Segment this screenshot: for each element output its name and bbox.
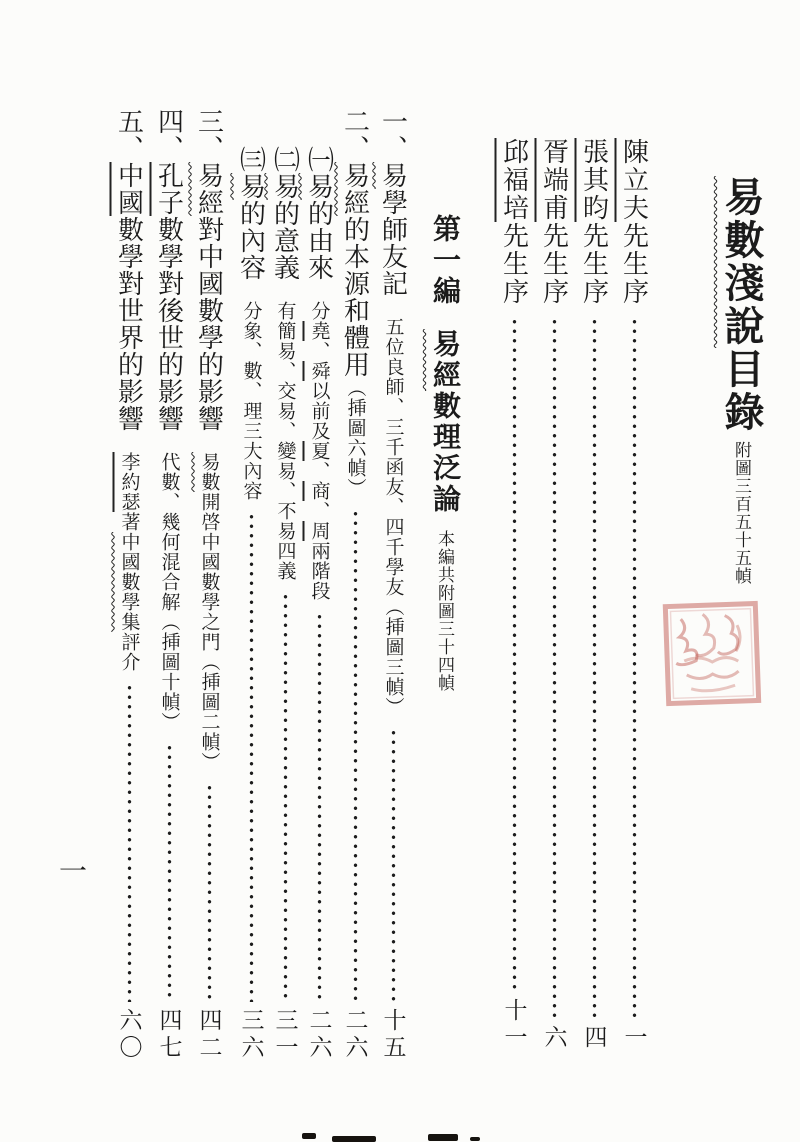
toc-subentry: ㈢易的內容分象、數、理三大內容 三六 — [234, 146, 268, 1062]
proper-name-mark: 李約瑟 — [119, 452, 140, 512]
text-run: （挿圖六幀） — [345, 378, 366, 498]
proper-name-mark: 夏 — [309, 441, 330, 461]
toc-subentry: ㈡易的意義有簡易、交易、變易、不易四義 三一 — [268, 146, 302, 1062]
dot-leader — [510, 315, 519, 992]
entry-text: ㈡易的意義有簡易、交易、變易、不易四義 — [267, 146, 304, 581]
book-title-mark: 中國數學集 — [119, 532, 140, 632]
text-run: 數學對世界的影響 — [115, 216, 144, 432]
entry-number: 三、 — [195, 108, 224, 162]
book-title-mark: 易經 — [195, 162, 224, 216]
proper-name-mark: 舜 — [309, 361, 330, 381]
proper-name-mark: 商 — [309, 481, 330, 501]
text-run: 、 — [309, 501, 330, 521]
entry-text: 二、易經的本源和體用（挿圖六幀） — [337, 108, 374, 498]
section-illustration-note: 本編共附圖三十四幀 — [435, 530, 454, 692]
proper-name-mark: 堯 — [309, 321, 330, 341]
scan-speck — [332, 1136, 376, 1142]
book-title-rest: 目錄 — [719, 348, 764, 434]
entry-text: 五、中國數學對世界的影響李約瑟著中國數學集評介 — [111, 108, 148, 672]
red-seal-stamp — [658, 594, 768, 714]
dot-leader — [281, 590, 290, 1002]
text-run: 、 — [309, 461, 330, 481]
text-run: 代數、幾何混合解（挿圖十幀） — [159, 452, 180, 732]
text-run: 、 — [309, 341, 330, 361]
toc-entry: 一、易學師友記五位良師、三千函友、四千學友（挿圖三幀） 十五 — [376, 108, 410, 1062]
text-run: 分象、數、理三大內容 — [241, 301, 262, 501]
page-number: 六〇 — [113, 1008, 146, 1062]
text-run: 先生序 — [580, 222, 609, 306]
dot-leader — [630, 315, 639, 1019]
book-title-mark: 易 — [379, 162, 408, 189]
proper-name-mark: 中國 — [115, 162, 144, 216]
proper-name-mark: 陳立夫 — [620, 138, 649, 222]
text-run: 的由來 — [305, 200, 334, 281]
text-run: 的內容 — [237, 200, 266, 281]
folio-number: 一 — [50, 856, 90, 884]
text-run: 分 — [309, 301, 330, 321]
entry-number: ㈡ — [271, 146, 300, 173]
preface-text: 胥端甫先生序 — [536, 138, 573, 306]
dot-leader — [351, 507, 360, 1002]
book-title-mark: 易 — [305, 173, 334, 200]
book-title-marked: 易數淺說 — [719, 176, 764, 348]
scan-speck — [302, 1133, 316, 1139]
text-run: 開啓中國數學之門（挿圖二幀） — [199, 492, 220, 772]
preface-entry: 陳立夫先生序 一 — [618, 138, 650, 1052]
entry-text: 三、易經對中國數學的影響易數開啓中國數學之門（挿圖二幀） — [191, 108, 228, 772]
toc-entry: 二、易經的本源和體用（挿圖六幀） 二六 — [338, 108, 372, 1062]
preface-entry: 胥端甫先生序 六 — [538, 138, 570, 1052]
entry-number: ㈠ — [305, 146, 334, 173]
proper-name-mark: 周 — [309, 521, 330, 541]
page-number: 四七 — [153, 1008, 186, 1062]
entry-text: ㈠易的由來分堯、舜以前及夏、商、周兩階段 — [301, 146, 338, 601]
entry-number: 五、 — [115, 108, 144, 162]
dot-leader — [389, 726, 398, 1002]
entry-number: 四、 — [155, 108, 184, 162]
dot-leader — [550, 315, 559, 1019]
text-run: 有簡易、交易、變易、不易四義 — [275, 301, 296, 581]
book-title-mark: 易 — [237, 173, 266, 200]
book-title-mark: 易 — [271, 173, 300, 200]
text-run: 先生序 — [540, 222, 569, 306]
page-number: 十五 — [377, 1008, 410, 1062]
book-title-mark: 易數 — [199, 452, 220, 492]
text-run: 先生序 — [500, 222, 529, 306]
preface-text: 陳立夫先生序 — [616, 138, 653, 306]
entry-number: ㈢ — [237, 146, 266, 173]
section-title-marked: 易經 — [429, 329, 460, 391]
entry-number: 一、 — [379, 108, 408, 162]
dot-leader — [205, 781, 214, 1002]
proper-name-mark: 邱福培 — [500, 138, 529, 222]
page-number: 四二 — [193, 1008, 226, 1062]
page-number: 十一 — [498, 998, 531, 1052]
text-run: 先生序 — [620, 222, 649, 306]
preface-entry: 張其昀先生序 四 — [578, 138, 610, 1052]
proper-name-mark: 張其昀 — [580, 138, 609, 222]
entry-text: 一、易學師友記五位良師、三千函友、四千學友（挿圖三幀） — [375, 108, 412, 717]
dot-leader — [247, 510, 256, 1002]
section-title-rest: 數理泛論 — [429, 391, 460, 515]
proper-name-mark: 孔子 — [155, 162, 184, 216]
text-run: 的本源和體用 — [341, 216, 370, 378]
text-run: 兩階段 — [309, 541, 330, 601]
page-number: 四 — [578, 1025, 611, 1052]
toc-entry: 四、孔子數學對後世的影響代數、幾何混合解（挿圖十幀） 四七 — [152, 108, 186, 1062]
scanned-toc-page: 易數淺說目錄附圖三百五十五幀 陳立夫先生序 一 張其昀先生序 四 — [0, 0, 800, 1142]
page-number: 二六 — [339, 1008, 372, 1062]
text-run: 五位良師、三千函友、四千學友（挿圖三幀） — [383, 317, 404, 717]
book-title-column: 易數淺說目錄附圖三百五十五幀 — [684, 176, 770, 646]
page-number: 六 — [538, 1025, 571, 1052]
dot-leader — [165, 741, 174, 1002]
section-heading-column: 第一編易經數理泛論本編共附圖三十四幀 — [414, 214, 464, 694]
toc-entry: 五、中國數學對世界的影響李約瑟著中國數學集評介 六〇 — [112, 108, 146, 1062]
section-label: 第一編 — [429, 214, 460, 307]
page-number: 三一 — [269, 1008, 302, 1062]
book-title-mark: 易經 — [341, 162, 370, 216]
text-run: 數學對後世的影響 — [155, 216, 184, 432]
page-number: 三六 — [235, 1008, 268, 1062]
scan-speck — [428, 1134, 458, 1141]
text-run: 評介 — [119, 632, 140, 672]
dot-leader — [125, 681, 134, 1002]
preface-entry: 邱福培先生序 十一 — [498, 138, 530, 1052]
text-run: 著 — [119, 512, 140, 532]
entry-text: ㈢易的內容分象、數、理三大內容 — [233, 146, 270, 501]
page-number: 一 — [618, 1025, 651, 1052]
proper-name-mark: 胥端甫 — [540, 138, 569, 222]
toc-entry: 三、易經對中國數學的影響易數開啓中國數學之門（挿圖二幀） 四二 — [192, 108, 226, 1062]
text-run: 的意義 — [271, 200, 300, 281]
page-number: 二六 — [303, 1008, 336, 1062]
toc-subentry: ㈠易的由來分堯、舜以前及夏、商、周兩階段 二六 — [302, 146, 336, 1062]
scan-speck — [470, 1137, 480, 1141]
text-run: 學師友記 — [379, 189, 408, 297]
title-illustration-note: 附圖三百五十五幀 — [732, 441, 751, 585]
entry-number: 二、 — [341, 108, 370, 162]
dot-leader — [315, 610, 324, 1002]
entry-text: 四、孔子數學對後世的影響代數、幾何混合解（挿圖十幀） — [151, 108, 188, 732]
preface-text: 邱福培先生序 — [496, 138, 533, 306]
text-run: 以前及 — [309, 381, 330, 441]
dot-leader — [590, 315, 599, 1019]
preface-text: 張其昀先生序 — [576, 138, 613, 306]
red-seal-graphic — [658, 594, 768, 714]
text-run: 對中國數學的影響 — [195, 216, 224, 432]
